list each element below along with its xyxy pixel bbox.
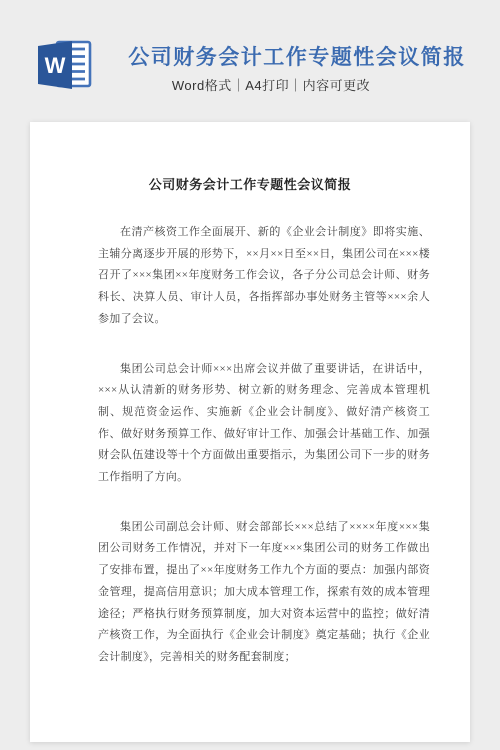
word-file-icon: W <box>34 38 94 92</box>
word-icon-letter: W <box>45 53 66 78</box>
preview-header: W 公司财务会计工作专题性会议简报 Word格式｜A4打印｜内容可更改 <box>0 0 500 122</box>
document-paragraph: 在清产核资工作全面展开、新的《企业会计制度》即将实施、主辅分离逐步开展的形势下，… <box>98 222 430 331</box>
document-paragraph: 集团公司副总会计师、财会部部长×××总结了××××年度×××集团公司财务工作情况… <box>98 517 430 669</box>
template-preview-app: W 公司财务会计工作专题性会议简报 Word格式｜A4打印｜内容可更改 公司财务… <box>0 0 500 750</box>
document-page: 公司财务会计工作专题性会议简报 在清产核资工作全面展开、新的《企业会计制度》即将… <box>30 122 470 742</box>
template-format-meta: Word格式｜A4打印｜内容可更改 <box>102 75 440 94</box>
document-paragraph: 集团公司总会计师×××出席会议并做了重要讲话，在讲话中，×××从认清新的财务形势… <box>98 359 430 489</box>
document-title: 公司财务会计工作专题性会议简报 <box>30 122 470 192</box>
document-body: 在清产核资工作全面展开、新的《企业会计制度》即将实施、主辅分离逐步开展的形势下，… <box>30 222 470 669</box>
template-title: 公司财务会计工作专题性会议简报 <box>128 38 466 69</box>
